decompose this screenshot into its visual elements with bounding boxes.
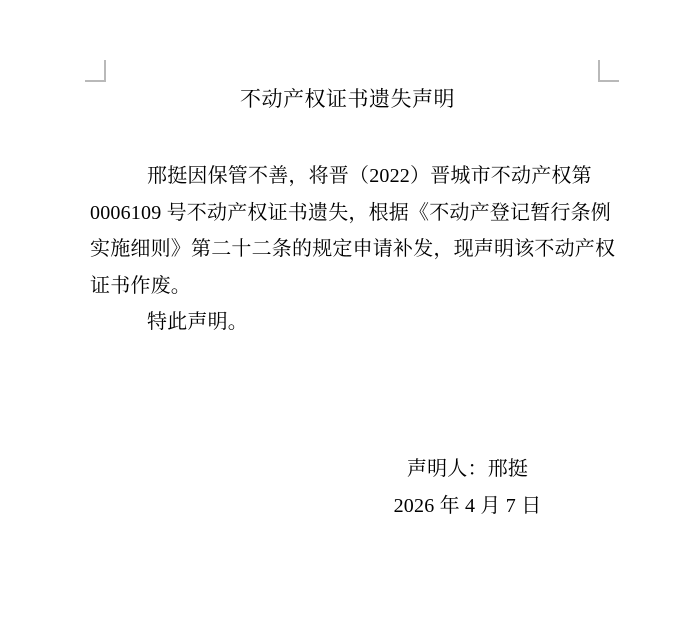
declarant-name: 声明人：邢挺 xyxy=(240,451,695,488)
margin-crop-mark-top-right-icon xyxy=(598,60,619,82)
margin-crop-mark-top-left-icon xyxy=(85,60,106,82)
declaration-date: 2026 年 4 月 7 日 xyxy=(240,488,695,525)
body-line: 证书作废。 xyxy=(90,268,635,305)
body-line-closing: 特此声明。 xyxy=(90,304,635,341)
body-line: 0006109 号不动产权证书遗失，根据《不动产登记暂行条例 xyxy=(90,195,635,232)
body-line: 实施细则》第二十二条的规定申请补发，现声明该不动产权 xyxy=(90,231,635,268)
document-title: 不动产权证书遗失声明 xyxy=(0,85,695,113)
body-line: 邢挺因保管不善，将晋（2022）晋城市不动产权第 xyxy=(90,158,635,195)
declaration-body: 邢挺因保管不善，将晋（2022）晋城市不动产权第 0006109 号不动产权证书… xyxy=(90,158,635,341)
document-page: 不动产权证书遗失声明 邢挺因保管不善，将晋（2022）晋城市不动产权第 0006… xyxy=(0,0,695,620)
signature-block: 声明人：邢挺 2026 年 4 月 7 日 xyxy=(240,451,695,524)
